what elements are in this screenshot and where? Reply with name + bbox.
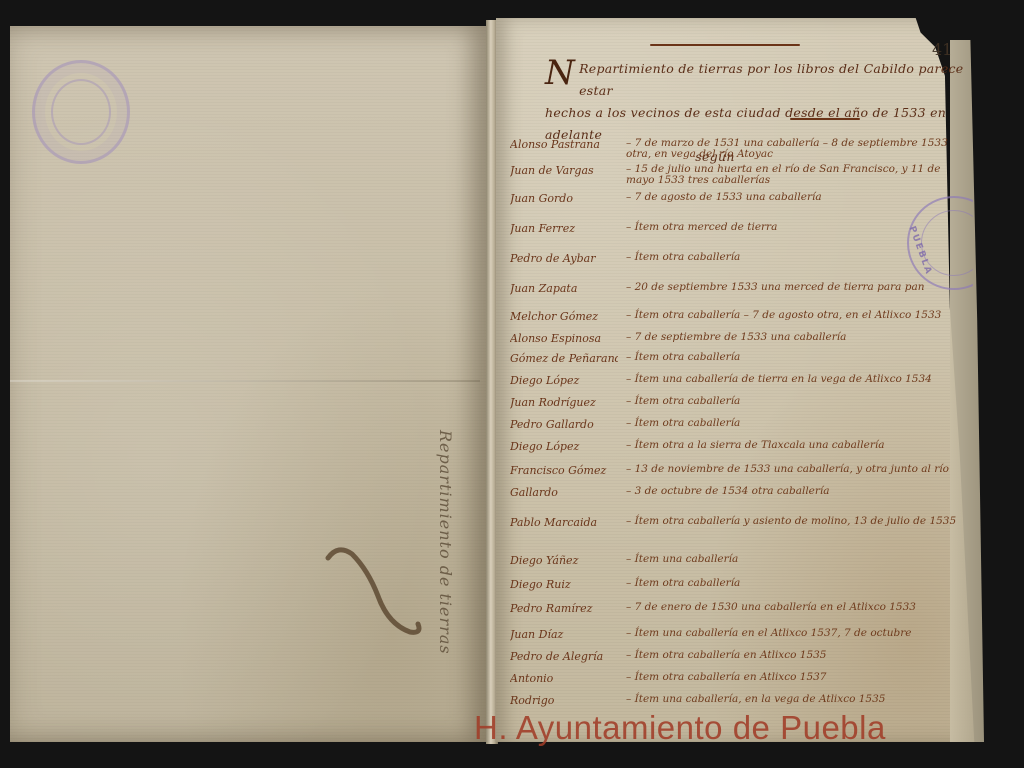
watermark: H. Ayuntamiento de Puebla	[474, 709, 886, 747]
entry-text: – Ítem otra caballería en Atlixco 1537	[618, 672, 970, 683]
entry-name: Gallardo	[510, 486, 618, 499]
list-item: Juan de Vargas – 15 de julio una huerta …	[510, 164, 970, 192]
entry-text: – 3 de octubre de 1534 otra caballería	[618, 486, 970, 497]
heading-line-1: Repartimiento de tierras por los libros …	[579, 61, 963, 98]
entry-name: Pedro de Alegría	[510, 650, 618, 663]
manuscript-scan: Repartimiento de tierras 41 N Repartimie…	[0, 0, 1024, 768]
list-item: Pedro Gallardo – Ítem otra caballería	[510, 418, 970, 440]
entry-text: – 7 de enero de 1530 una caballería en e…	[618, 602, 970, 613]
entry-name: Juan Ferrez	[510, 222, 618, 235]
entry-name: Melchor Gómez	[510, 310, 618, 323]
list-item: Gallardo – 3 de octubre de 1534 otra cab…	[510, 486, 970, 516]
list-item: Gómez de Peñaranda – Ítem otra caballerí…	[510, 352, 970, 374]
heading-rule	[650, 44, 800, 46]
folio-number: 41	[932, 40, 952, 59]
entry-text: – Ítem una caballería en el Atlixco 1537…	[618, 628, 970, 639]
list-item: Alonso Espinosa – 7 de septiembre de 153…	[510, 332, 970, 352]
entry-name: Juan Zapata	[510, 282, 618, 295]
list-item: Francisco Gómez – 13 de noviembre de 153…	[510, 464, 970, 486]
entry-name: Juan Gordo	[510, 192, 618, 205]
entry-text: – 7 de agosto de 1533 una caballería	[618, 192, 970, 203]
entry-name: Diego Ruiz	[510, 578, 618, 591]
entry-list: Alonso Pastrana – 7 de marzo de 1531 una…	[510, 138, 970, 716]
list-item: Diego Ruiz – Ítem otra caballería	[510, 578, 970, 602]
list-item: Pedro Ramírez – 7 de enero de 1530 una c…	[510, 602, 970, 628]
fold-crease	[10, 380, 480, 382]
list-item: Diego Yáñez – Ítem una caballería	[510, 554, 970, 578]
entry-text: – Ítem otra caballería – 7 de agosto otr…	[618, 310, 970, 321]
list-item: Juan Díaz – Ítem una caballería en el At…	[510, 628, 970, 650]
entry-text: – 15 de julio una huerta en el río de Sa…	[618, 164, 970, 186]
entry-name: Diego López	[510, 374, 618, 387]
list-item: Pedro de Aybar – Ítem otra caballería	[510, 252, 970, 282]
entry-text: – Ítem otra caballería	[618, 418, 970, 429]
entry-name: Pablo Marcaida	[510, 516, 618, 529]
entry-name: Juan de Vargas	[510, 164, 618, 177]
entry-name: Diego Yáñez	[510, 554, 618, 567]
list-item: Diego López – Ítem una caballería de tie…	[510, 374, 970, 396]
entry-text: – Ítem una caballería de tierra en la ve…	[618, 374, 970, 385]
entry-name: Alonso Espinosa	[510, 332, 618, 345]
entry-name: Antonio	[510, 672, 618, 685]
entry-name: Gómez de Peñaranda	[510, 352, 618, 365]
entry-text: – 7 de marzo de 1531 una caballería – 8 …	[618, 138, 970, 160]
entry-text: – Ítem otra caballería	[618, 352, 970, 363]
list-item: Melchor Gómez – Ítem otra caballería – 7…	[510, 310, 970, 332]
list-item: Pedro de Alegría – Ítem otra caballería …	[510, 650, 970, 672]
entry-name: Diego López	[510, 440, 618, 453]
entry-name: Pedro Gallardo	[510, 418, 618, 431]
entry-name: Juan Rodríguez	[510, 396, 618, 409]
entry-text: – Ítem una caballería	[618, 554, 970, 565]
heading-rule	[790, 118, 860, 120]
entry-text: – Ítem otra caballería	[618, 396, 970, 407]
entry-text: – Ítem otra caballería	[618, 578, 970, 589]
entry-text: – 7 de septiembre de 1533 una caballería	[618, 332, 970, 343]
list-item: Juan Rodríguez – Ítem otra caballería	[510, 396, 970, 418]
entry-name: Francisco Gómez	[510, 464, 618, 477]
entry-text: – Ítem una caballería, en la vega de Atl…	[618, 694, 970, 705]
entry-text: – Ítem otra merced de tierra	[618, 222, 970, 233]
entry-name: Pedro Ramírez	[510, 602, 618, 615]
archive-seal-icon	[32, 60, 130, 164]
list-item: Juan Gordo – 7 de agosto de 1533 una cab…	[510, 192, 970, 222]
entry-text: – Ítem otra caballería en Atlixco 1535	[618, 650, 970, 661]
decorated-initial: N	[545, 58, 575, 88]
entry-text: – 20 de septiembre 1533 una merced de ti…	[618, 282, 970, 293]
entry-text: – Ítem otra a la sierra de Tlaxcala una …	[618, 440, 970, 451]
entry-name: Rodrigo	[510, 694, 618, 707]
list-item: Antonio – Ítem otra caballería en Atlixc…	[510, 672, 970, 694]
entry-name: Alonso Pastrana	[510, 138, 618, 151]
list-item: Pablo Marcaida – Ítem otra caballería y …	[510, 516, 970, 554]
entry-name: Juan Díaz	[510, 628, 618, 641]
ink-flourish-icon	[318, 540, 428, 640]
list-item: Diego López – Ítem otra a la sierra de T…	[510, 440, 970, 464]
entry-name: Pedro de Aybar	[510, 252, 618, 265]
entry-text: – Ítem otra caballería y asiento de moli…	[618, 516, 970, 527]
list-item: Alonso Pastrana – 7 de marzo de 1531 una…	[510, 138, 970, 164]
entry-text: – Ítem otra caballería	[618, 252, 970, 263]
list-item: Juan Ferrez – Ítem otra merced de tierra	[510, 222, 970, 252]
entry-text: – 13 de noviembre de 1533 una caballería…	[618, 464, 970, 475]
list-item: Juan Zapata – 20 de septiembre 1533 una …	[510, 282, 970, 310]
